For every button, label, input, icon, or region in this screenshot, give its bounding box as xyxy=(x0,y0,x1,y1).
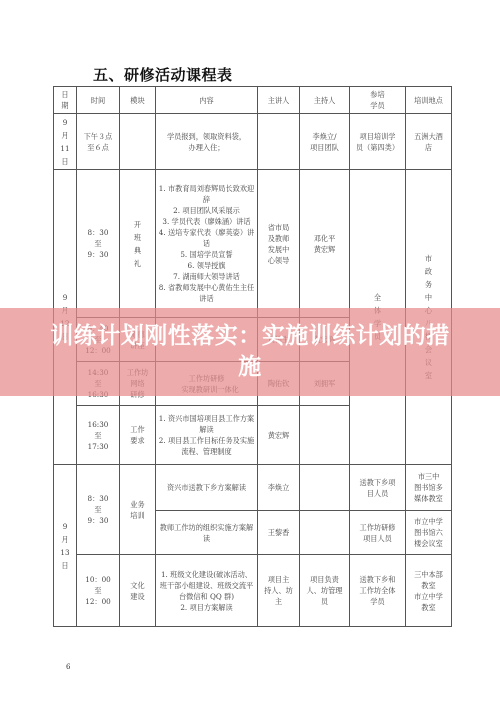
header-host: 主持人 xyxy=(300,87,350,114)
location-cell: 市三中图书馆多媒体教室 xyxy=(406,465,452,511)
location-cell: 五洲大酒店 xyxy=(406,114,452,170)
lecturer-cell: 李焕立 xyxy=(258,465,300,511)
lecturer-cell: 黄宏辉 xyxy=(258,406,300,465)
table-row: 10：00至12：00 文化建设 1. 班级文化建设(破冰活动、班干部小组建设、… xyxy=(54,555,452,627)
trainees-cell: 项目培训学员（第四类） xyxy=(350,114,406,170)
page-title: 五、研修活动课程表 xyxy=(93,64,233,85)
module-cell xyxy=(120,114,156,170)
content-cell: 1. 资兴市国培项目县工作方案解读2. 项目县工作目标任务及实施流程、管理制度 xyxy=(156,406,258,465)
module-cell: 文化建设 xyxy=(120,555,156,627)
location-cell: 三中本部教室市立中学教室 xyxy=(406,555,452,627)
page-number: 6 xyxy=(66,663,70,671)
lecturer-cell: 项目主持人、坊主 xyxy=(258,555,300,627)
host-cell xyxy=(300,406,350,465)
header-time: 时间 xyxy=(77,87,120,114)
time-cell: 10：00至12：00 xyxy=(77,555,120,627)
overlay-banner: 训练计划刚性落实：实施训练计划的措施 xyxy=(0,308,500,396)
header-trainees: 参培学员 xyxy=(350,87,406,114)
module-cell: 业务培训 xyxy=(120,465,156,555)
content-cell: 资兴市送教下乡方案解读 xyxy=(156,465,258,511)
date-cell: 9月11日 xyxy=(54,114,77,170)
table-header-row: 日期 时间 模块 内容 主讲人 主持人 参培学员 培训地点 xyxy=(54,87,452,114)
header-location: 培训地点 xyxy=(406,87,452,114)
table-row: 9月12日 8：30至9：30 开班典礼 1. 市教育局刘春辉局长致欢迎辞 2.… xyxy=(54,170,452,318)
content-cell: 教师工作坊的组织实施方案解读 xyxy=(156,511,258,555)
header-module: 模块 xyxy=(120,87,156,114)
lecturer-cell: 省市局及教师发展中心领导 xyxy=(258,170,300,318)
banner-title: 训练计划刚性落实：实施训练计划的措施 xyxy=(40,321,460,383)
module-cell: 开班典礼 xyxy=(120,170,156,318)
header-content: 内容 xyxy=(156,87,258,114)
trainees-cell: 送教下乡项目人员 xyxy=(350,465,406,511)
host-cell: 邓化平黄宏辉 xyxy=(300,170,350,318)
lecturer-cell: 王黎香 xyxy=(258,511,300,555)
table-row: 9月13日 8：30至9：30 业务培训 资兴市送教下乡方案解读 李焕立 送教下… xyxy=(54,465,452,511)
location-cell: 市立中学图书馆六楼会议室 xyxy=(406,511,452,555)
time-cell: 16:30至17:30 xyxy=(77,406,120,465)
host-cell xyxy=(300,511,350,555)
content-cell: 1. 市教育局刘春辉局长致欢迎辞 2. 项目团队风采展示 3. 学员代表（廖姝涵… xyxy=(156,170,258,318)
trainees-cell: 工作坊研修项目人员 xyxy=(350,511,406,555)
lecturer-cell xyxy=(258,114,300,170)
time-cell: 8：30至9：30 xyxy=(77,170,120,318)
host-cell xyxy=(300,465,350,511)
header-lecturer: 主讲人 xyxy=(258,87,300,114)
header-date: 日期 xyxy=(54,87,77,114)
time-cell: 8：30至9：30 xyxy=(77,465,120,555)
trainees-cell: 送教下乡和工作坊全体学员 xyxy=(350,555,406,627)
content-cell: 1. 班级文化建设(破冰活动、班干部小组建设、班级交流平台微信和 QQ 群)2.… xyxy=(156,555,258,627)
host-cell: 李焕立/项目团队 xyxy=(300,114,350,170)
time-cell: 下午３点至６点 xyxy=(77,114,120,170)
host-cell: 项目负责人、坊管理员 xyxy=(300,555,350,627)
date-cell: 9月13日 xyxy=(54,465,77,627)
module-cell: 工作要求 xyxy=(120,406,156,465)
table-row: 9月11日 下午３点至６点 学员报到，领取资料袋，办理入住； 李焕立/项目团队 … xyxy=(54,114,452,170)
content-cell: 学员报到，领取资料袋，办理入住； xyxy=(156,114,258,170)
